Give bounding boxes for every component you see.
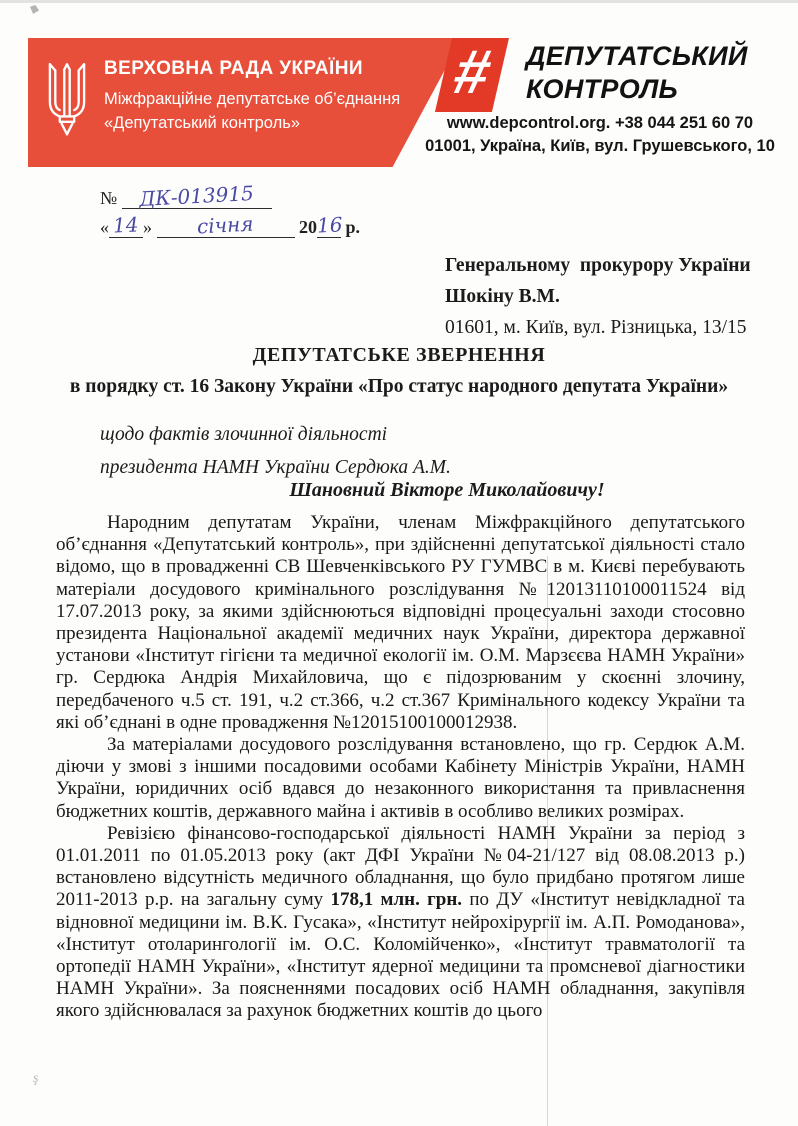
handwritten-year: 16 <box>316 212 343 237</box>
paragraph-2: За матеріалами досудового розслідування … <box>56 734 745 823</box>
reference-date-row: «14» січня 2016 р. <box>100 213 360 242</box>
addressee-address: 01601, м. Київ, вул. Різницька, 13/15 <box>445 312 751 343</box>
handwritten-month: січня <box>197 212 255 239</box>
day-underline: 14 <box>109 213 143 238</box>
reference-block: № ДК-013915 «14» січня 2016 р. <box>100 184 360 242</box>
org-subtitle-1: Міжфракційне депутатське об’єднання <box>104 87 400 111</box>
title-main: ДЕПУТАТСЬКЕ ЗВЕРНЕННЯ <box>0 344 798 367</box>
paragraph-3: Ревізією фінансово-господарської діяльно… <box>56 823 745 1023</box>
paragraph-3-amount: 178,1 млн. грн. <box>330 889 462 910</box>
year-prefix: 20 <box>299 217 317 237</box>
month-underline: січня <box>157 213 295 238</box>
contact-address: 01001, Україна, Київ, вул. Грушевського,… <box>410 135 790 158</box>
addressee-name: Шокіну В.М. <box>445 281 751 312</box>
contact-web-phone: www.depcontrol.org. +38 044 251 60 70 <box>410 112 790 135</box>
logo-line-1: ДЕПУТАТСЬКИЙ <box>526 40 796 73</box>
logo-wordmark: ДЕПУТАТСЬКИЙ КОНТРОЛЬ <box>526 40 796 106</box>
letter-body: Народним депутатам України, членам Міжфр… <box>56 512 745 1023</box>
handwritten-number: ДК-013915 <box>139 181 255 211</box>
title-legal-basis: в порядку ст. 16 Закону України «Про ста… <box>0 376 798 398</box>
year-label: р. <box>346 217 361 237</box>
subject-line-1: щодо фактів злочинної діяльності <box>100 418 451 451</box>
logo-line-2: КОНТРОЛЬ <box>526 73 796 106</box>
letterhead-text: ВЕРХОВНА РАДА УКРАЇНИ Міжфракційне депут… <box>104 58 400 135</box>
letterhead-banner: ВЕРХОВНА РАДА УКРАЇНИ Міжфракційне депут… <box>28 38 462 167</box>
hashtag-glyph: # <box>448 42 497 104</box>
scan-speck <box>30 5 39 14</box>
trident-icon <box>40 52 94 152</box>
number-label: № <box>100 188 117 208</box>
org-name: ВЕРХОВНА РАДА УКРАЇНИ <box>104 58 400 80</box>
number-underline: ДК-013915 <box>122 184 272 209</box>
addressee-title: Генеральному прокурору України <box>445 250 751 281</box>
scan-top-edge <box>0 0 798 3</box>
margin-mark: ş <box>33 1071 38 1087</box>
handwritten-day: 14 <box>113 212 140 237</box>
quote-close: » <box>143 217 152 237</box>
quote-open: « <box>100 217 109 237</box>
year-underline: 16 <box>317 213 341 238</box>
document-title: ДЕПУТАТСЬКЕ ЗВЕРНЕННЯ в порядку ст. 16 З… <box>0 344 798 398</box>
reference-number-row: № ДК-013915 <box>100 184 360 213</box>
salutation: Шановний Вікторе Миколайовичу! <box>0 479 798 502</box>
addressee-block: Генеральному прокурору України Шокіну В.… <box>445 250 751 343</box>
org-subtitle-2: «Депутатський контроль» <box>104 111 400 135</box>
paragraph-1: Народним депутатам України, членам Міжфр… <box>56 512 745 734</box>
contact-block: www.depcontrol.org. +38 044 251 60 70 01… <box>410 112 790 157</box>
subject-block: щодо фактів злочинної діяльності президе… <box>100 418 451 484</box>
